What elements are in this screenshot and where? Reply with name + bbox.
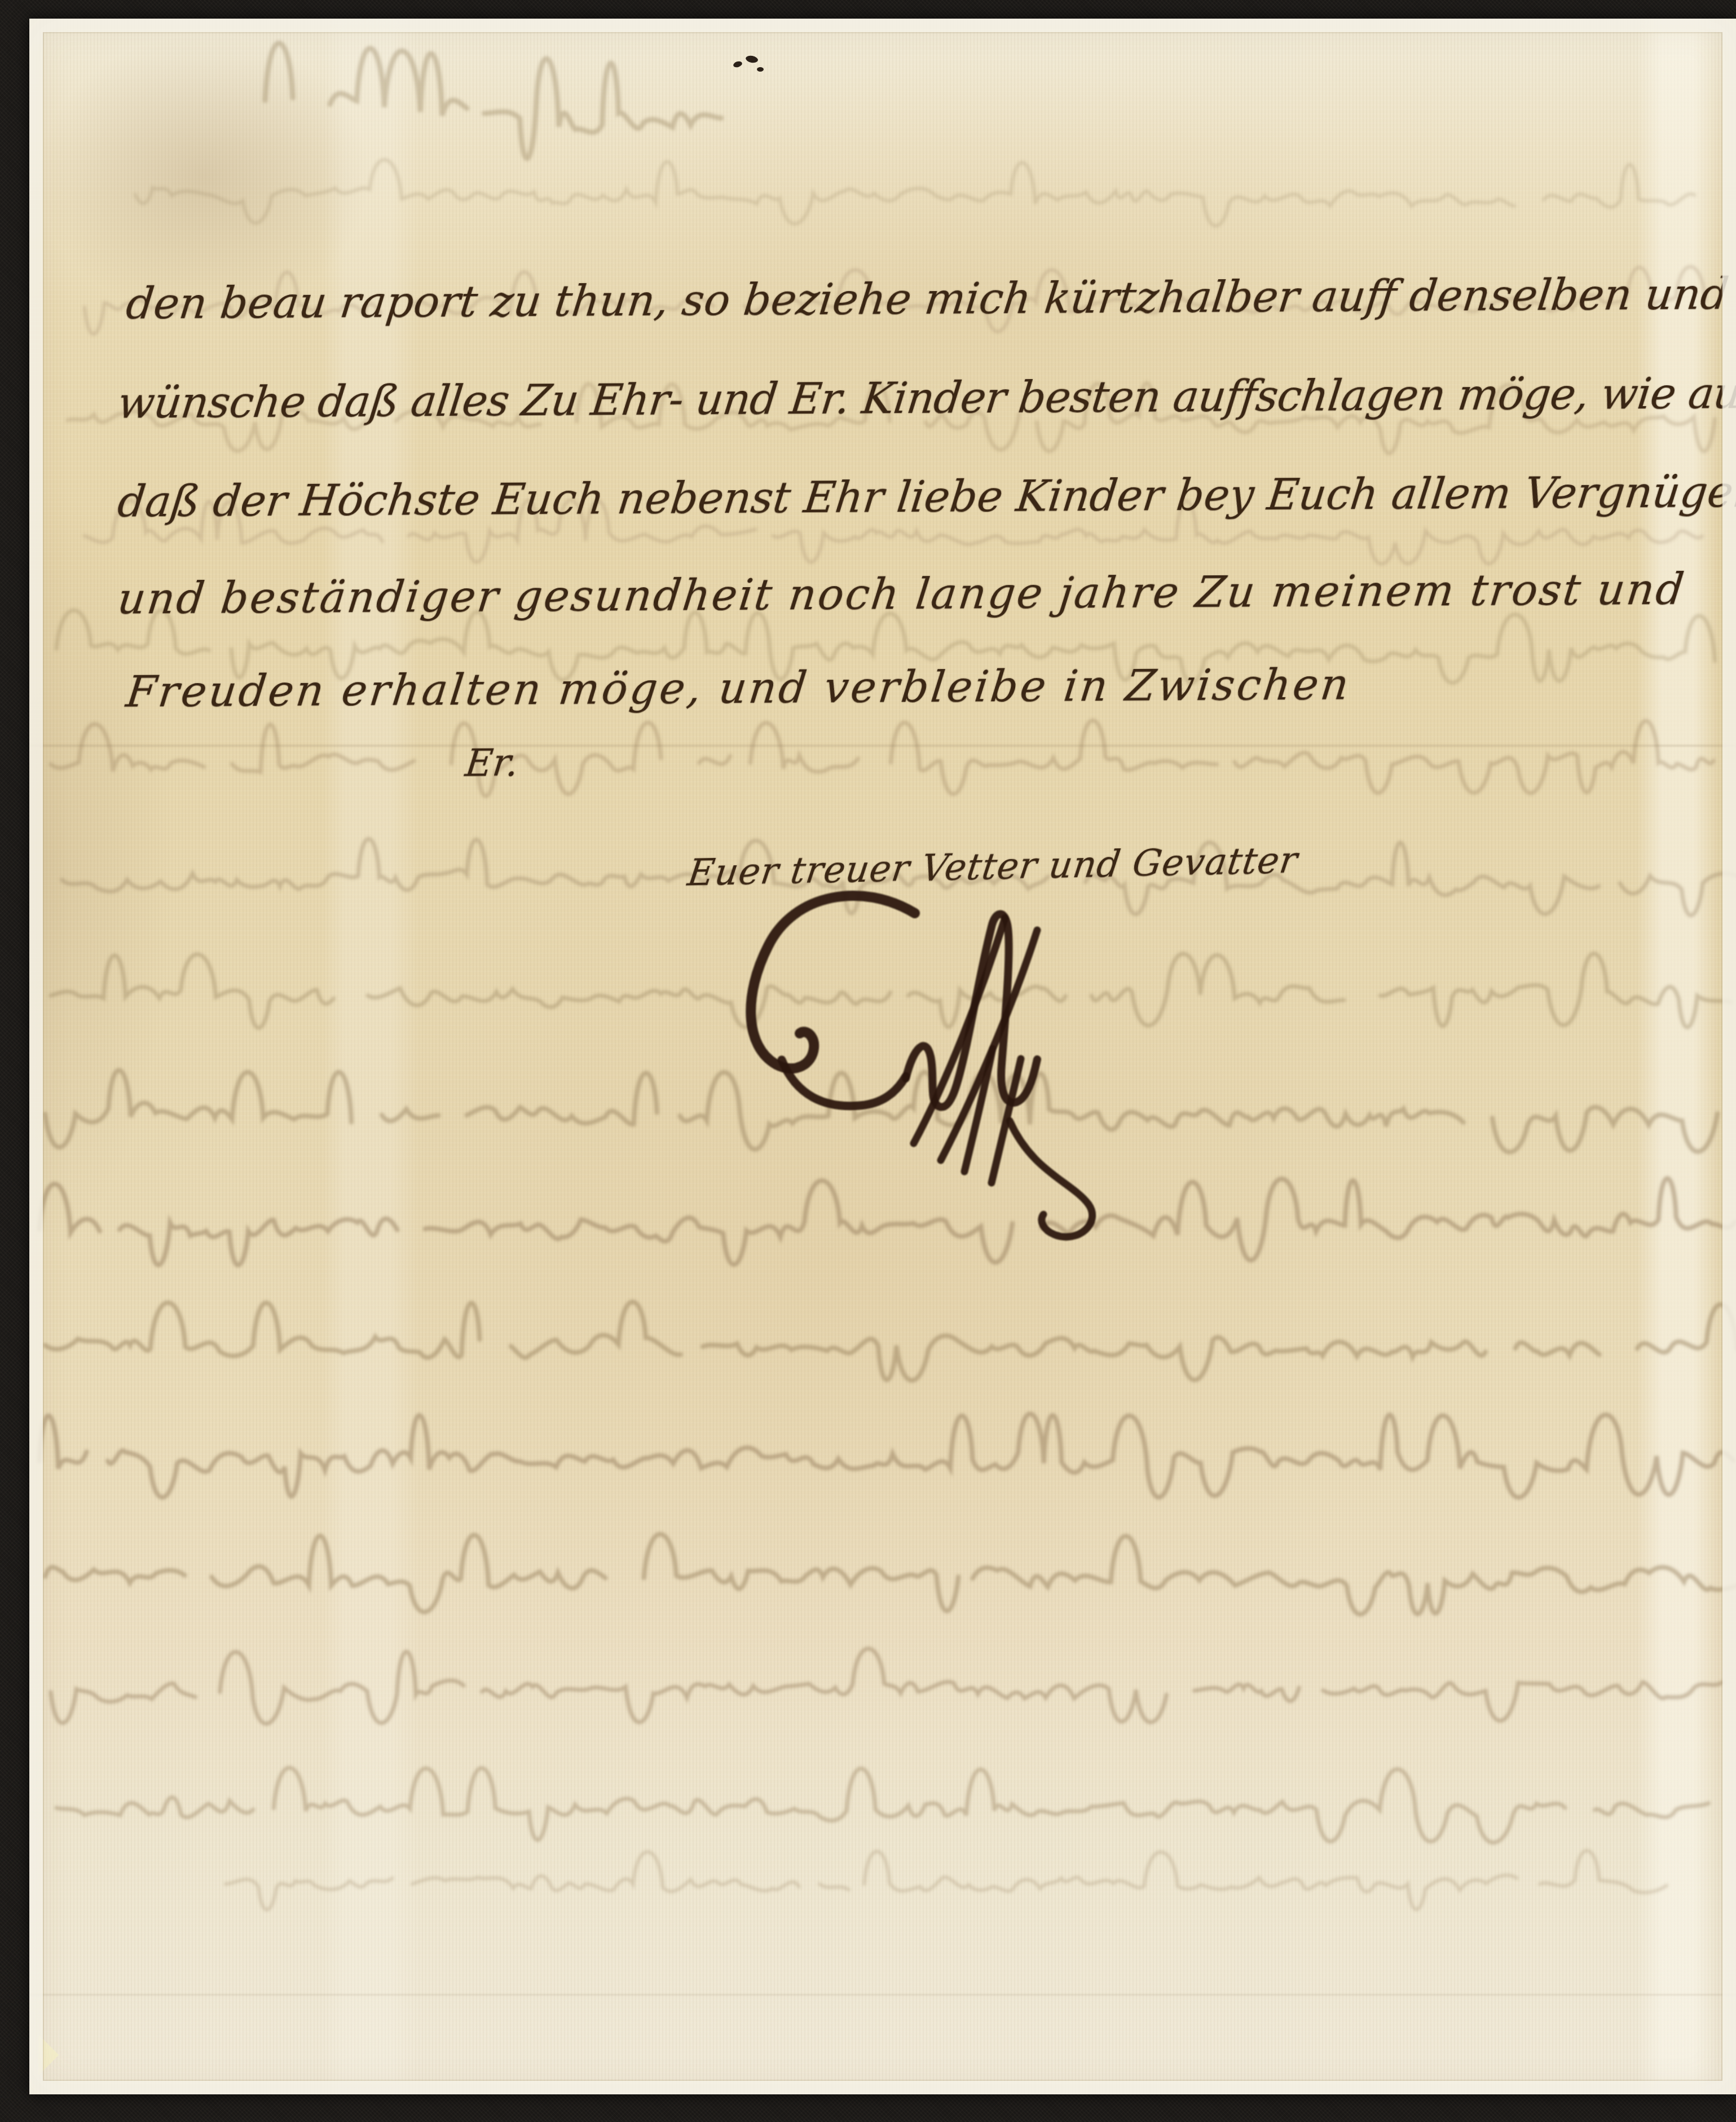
bleedthrough-line (135, 160, 1694, 226)
bleedthrough-line (51, 720, 1713, 796)
bleedthrough-line (265, 43, 721, 159)
horizontal-crease-upper (29, 745, 1736, 747)
letter-page: den beau raport zu thun, so beziehe mich… (29, 19, 1736, 2094)
body-line-3: daß der Höchste Euch nebenst Ehr liebe K… (115, 464, 1736, 528)
bleedthrough-line (51, 1649, 1722, 1724)
body-line-2: wünsche daß alles Zu Ehr- und Er. Kinder… (115, 366, 1736, 429)
bleedthrough-line (39, 1414, 1734, 1498)
bleedthrough-line (56, 1768, 1709, 1843)
signature-flourish (751, 896, 1092, 1237)
body-line-5: Freuden erhalten möge, und verbleibe in … (124, 657, 1354, 718)
horizontal-crease-lower (29, 1994, 1736, 1996)
body-line-4: und beständiger gesundheit noch lange ja… (115, 562, 1689, 625)
bleedthrough-line (45, 1534, 1736, 1614)
bleedthrough-line (45, 1302, 1736, 1380)
scan-image: { "document": { "kind": "Scanned handwri… (0, 0, 1736, 2122)
signature: Carl (728, 877, 1134, 1272)
body-line-1: den beau raport zu thun, so beziehe mich… (124, 267, 1731, 330)
closing-abbreviation: Er. (463, 741, 521, 785)
ink-blot (731, 54, 770, 81)
bleedthrough-line (226, 1851, 1667, 1910)
